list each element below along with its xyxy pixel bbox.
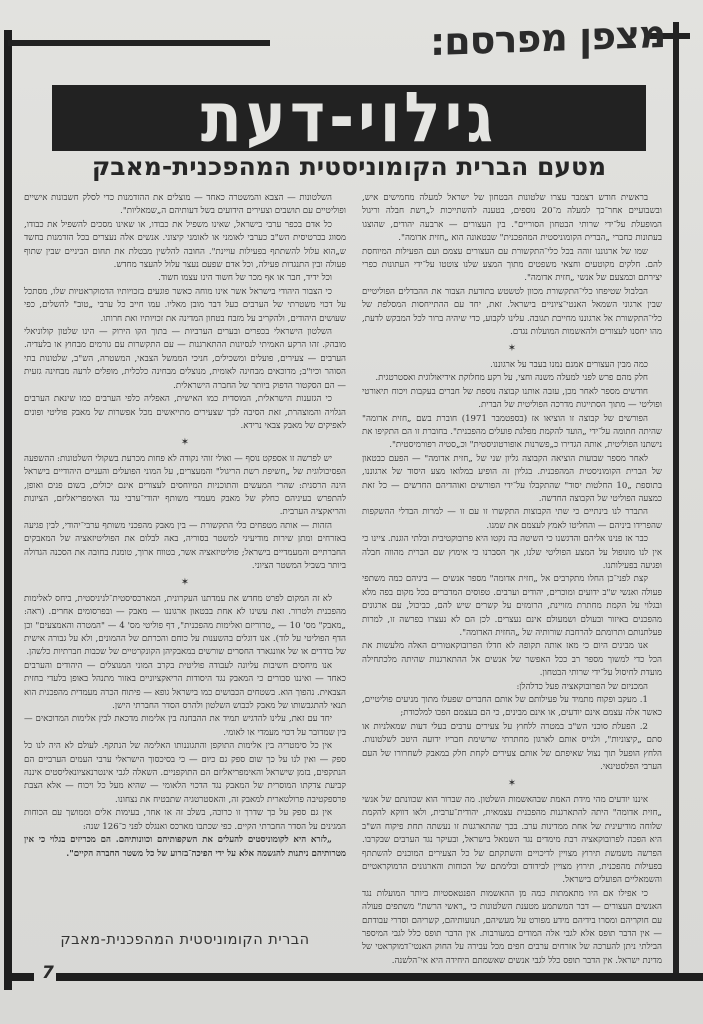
paragraph: אין גם ספק על כך שדרך זו כרוכה, בשלב זה … xyxy=(24,807,346,834)
page-subtitle: מטעם הברית הקומוניסטית המהפכנית-מאבק xyxy=(52,152,646,181)
paragraph: איננו יודעים מהי מידת האמת שבהאשמות השלט… xyxy=(362,794,662,888)
paragraph: השלטונות — הצבא והמשטרה כאחד — מוצלים את… xyxy=(24,192,346,219)
star-separator-icon: ✶ xyxy=(24,576,346,589)
paragraph: כמה מבין העצורים אמנם נמנו בעבר על ארגונ… xyxy=(362,359,662,372)
paragraph: יש לפרשה זו אספקט נוסף — ואולי זוהי נקוד… xyxy=(24,453,346,520)
paragraph: אנו מיחסים חשיבות עליונה לעבודה פוליטית … xyxy=(24,660,346,714)
paragraph: קצת לפני־כן החלו מתקרבים אל „חזית אדומה"… xyxy=(362,573,662,640)
magazine-page: מצפן מפרסם: גילוי-דעת מטעם הברית הקומוני… xyxy=(0,0,703,1024)
frame-top-rule xyxy=(8,40,270,46)
paragraph: בראשית חודש דצמבר עצרו שלטונות הבטחון של… xyxy=(362,192,662,246)
paragraph: כי הצבור היהודי בישראל אשר אינו מוחה כאש… xyxy=(24,286,346,326)
frame-bottom-left-rule xyxy=(6,973,34,981)
paragraph: הזהות — אותה מטפחים כלי התקשורת — בין מא… xyxy=(24,520,346,574)
paragraph: 1. מעקב ופקוח מתמיד על פעילותם של אותם ה… xyxy=(362,694,662,721)
paragraph: יחד עם זאת, עלינו להדגיש תמיד את ההבחנה … xyxy=(24,713,346,740)
paragraph: הפורשים של קבוצה זו הוציאו אז (בספטמבר 1… xyxy=(362,413,662,453)
star-separator-icon: ✶ xyxy=(362,342,662,355)
paragraph: לא זה המקום לפרט מחדש את עמדתנו העקרונית… xyxy=(24,593,346,660)
paragraph: התברר לנו בינתיים כי שתי הקבוצות התקשרו … xyxy=(362,506,662,533)
paragraph: וכל ידיד, חבר או אף מכר של חשוד הינו עצמ… xyxy=(24,272,346,285)
signature: הברית הקומוניסטית המהפכנית-מאבק xyxy=(24,932,346,948)
star-separator-icon: ✶ xyxy=(24,436,346,449)
frame-left-rule xyxy=(4,30,12,990)
paragraph: חלק מהם פרש לפני למעלה משנה וחצי, על רקע… xyxy=(362,372,662,385)
title-banner: גילוי-דעת xyxy=(52,85,646,151)
paragraph: לאחר מספר שבועות הוציאה הקבוצה גליון שני… xyxy=(362,453,662,507)
paragraph: השלטון הישראלי בכפרים ובערים הערביות — ב… xyxy=(24,326,346,393)
left-column: השלטונות — הצבא והמשטרה כאחד — מוצלים את… xyxy=(24,192,346,861)
paragraph: אין כל סימטריה בין אלימות התוקפן והתגוננ… xyxy=(24,740,346,807)
paragraph: כי אפילו אם היו מתאמתות כמה מן ההאשמות ה… xyxy=(362,888,662,968)
frame-right-rule xyxy=(673,22,679,977)
marx-engels-quote: „לזרא היא לקומוניסטים להעלים את השקפותיה… xyxy=(24,834,346,861)
paragraph: כי הגזענות הישראלית, המוסדית כמו האישית,… xyxy=(24,393,346,433)
paragraph: הבלבול שטיפחו כלי־התקשורת מכוון לטשטש בת… xyxy=(362,286,662,340)
paragraph: המכניזם של הפרובוקאציה פעל כדלהלן: xyxy=(362,681,662,694)
section-kicker: מצפן מפרסם: xyxy=(430,12,665,64)
paragraph: אנו מבינים היום כי מאז אותה תקופה לא חדל… xyxy=(362,640,662,680)
paragraph: 2. הפעלת סוכני הש"ב במטרה ללחוץ על צעירי… xyxy=(362,721,662,775)
page-number: 7 xyxy=(42,963,54,983)
paragraph: כבר אז פנינו אליהם והדגשנו כי השיטה בה נ… xyxy=(362,533,662,573)
frame-bottom-rule xyxy=(56,973,703,981)
paragraph: שמו של ארגוננו זוהה בכל כלי־התקשורת עם ה… xyxy=(362,246,662,286)
paragraph: חודשים מספר לאחר מכן, עזבה אותנו קבוצה נ… xyxy=(362,386,662,413)
paragraph: כל אדם בכפר ערבי בישראל, שאינו משפיל את … xyxy=(24,219,346,273)
right-column: בראשית חודש דצמבר עצרו שלטונות הבטחון של… xyxy=(362,192,662,968)
page-title: גילוי-דעת xyxy=(201,84,497,153)
star-separator-icon: ✶ xyxy=(362,777,662,790)
